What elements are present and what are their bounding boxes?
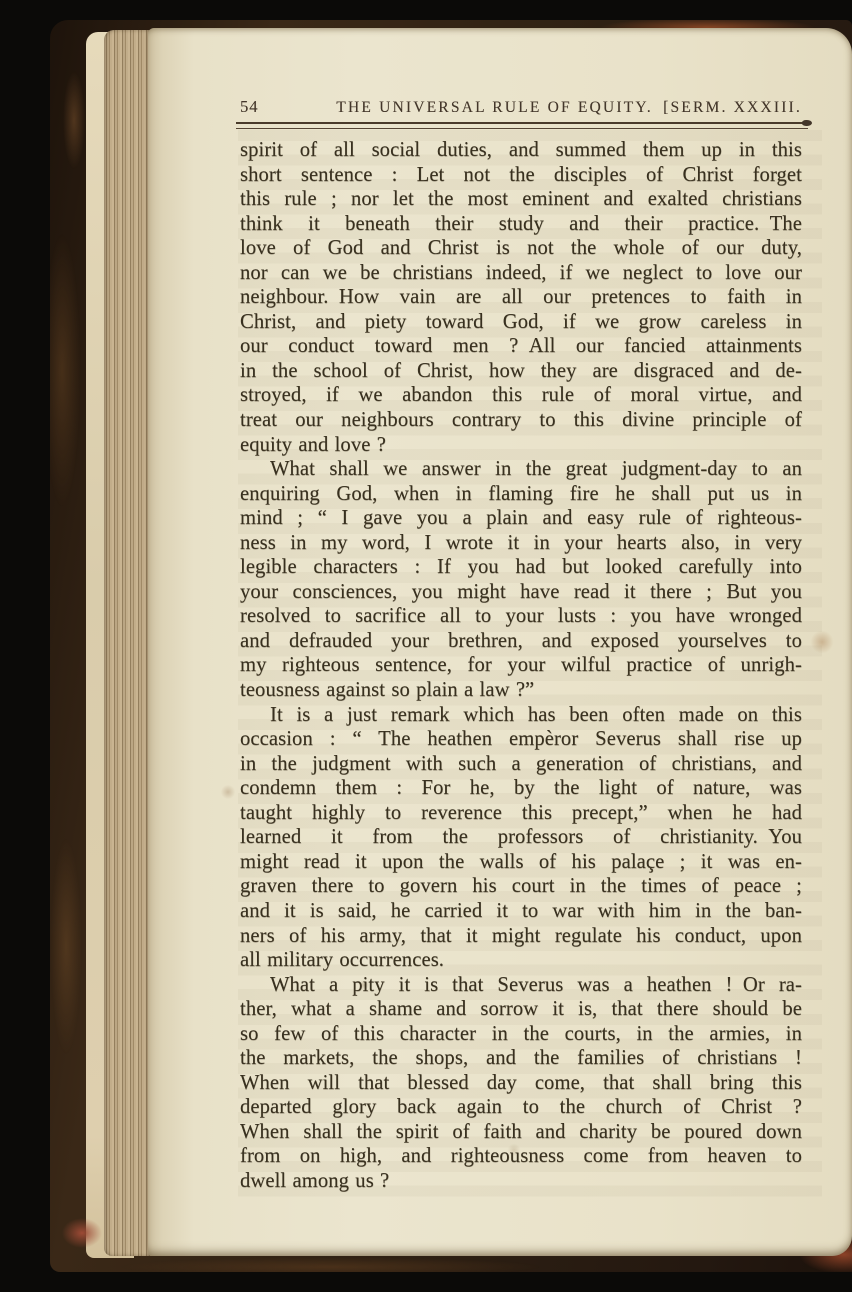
text-line: all military occurrences. [240,948,802,973]
text-line: taught highly to reverence this precept,… [240,801,802,826]
text-line: from on high, and righteousness come fro… [240,1144,802,1169]
text-line: When shall the spirit of faith and chari… [240,1120,802,1145]
red-ink-blot [62,1218,102,1248]
text-line: love of God and Christ is not the whole … [240,236,802,261]
text-line: ners of his army, that it might regulate… [240,924,802,949]
page-header: 54 THE UNIVERSAL RULE OF EQUITY. [SERM. … [240,97,802,117]
page-text: spirit of all social duties, and summed … [240,138,802,1194]
text-line: It is a just remark which has been often… [240,703,802,728]
header-rule [236,122,808,129]
text-line: learned it from the professors of christ… [240,825,802,850]
text-line: your consciences, you might have read it… [240,580,802,605]
text-line: my righteous sentence, for your wilful p… [240,653,802,678]
text-line: resolved to sacrifice all to your lusts … [240,604,802,629]
text-line: short sentence : Let not the disciples o… [240,163,802,188]
text-line: in the judgment with such a generation o… [240,752,802,777]
text-line: equity and love ? [240,433,802,458]
text-line: the markets, the shops, and the families… [240,1046,802,1071]
text-line: mind ; “ I gave you a plain and easy rul… [240,506,802,531]
text-line: departed glory back again to the church … [240,1095,802,1120]
text-line: condemn them : For he, by the light of n… [240,776,802,801]
page-edges [104,30,152,1256]
text-line: When will that blessed day come, that sh… [240,1071,802,1096]
text-line: What a pity it is that Severus was a hea… [240,973,802,998]
text-line: legible characters : If you had but look… [240,555,802,580]
text-line: dwell among us ? [240,1169,802,1194]
running-title: THE UNIVERSAL RULE OF EQUITY. [326,99,663,117]
text-line: enquiring God, when in flaming fire he s… [240,482,802,507]
text-line: think it beneath their study and their p… [240,212,802,237]
text-line: teousness against so plain a law ?” [240,678,802,703]
text-line: in the school of Christ, how they are di… [240,359,802,384]
text-line: neighbour. How vain are all our pretence… [240,285,802,310]
text-line: nor can we be christians indeed, if we n… [240,261,802,286]
text-line: treat our neighbours contrary to this di… [240,408,802,433]
text-line: our conduct toward men ? All our fancied… [240,334,802,359]
text-line: and defrauded your brethren, and exposed… [240,629,802,654]
text-line: graven there to govern his court in the … [240,874,802,899]
text-line: ness in my word, I wrote it in your hear… [240,531,802,556]
book-page: 54 THE UNIVERSAL RULE OF EQUITY. [SERM. … [148,28,852,1256]
text-line: this rule ; nor let the most eminent and… [240,187,802,212]
text-line: What shall we answer in the great judgme… [240,457,802,482]
page-number: 54 [240,97,326,117]
text-line: ther, what a shame and sorrow it is, tha… [240,997,802,1022]
text-line: and it is said, he carried it to war wit… [240,899,802,924]
text-line: occasion : “ The heathen empèror Severus… [240,727,802,752]
text-line: so few of this character in the courts, … [240,1022,802,1047]
text-line: stroyed, if we abandon this rule of mora… [240,383,802,408]
section-label: [SERM. XXXIII. [663,99,802,117]
text-line: spirit of all social duties, and summed … [240,138,802,163]
text-line: might read it upon the walls of his pala… [240,850,802,875]
text-line: Christ, and piety toward God, if we grow… [240,310,802,335]
